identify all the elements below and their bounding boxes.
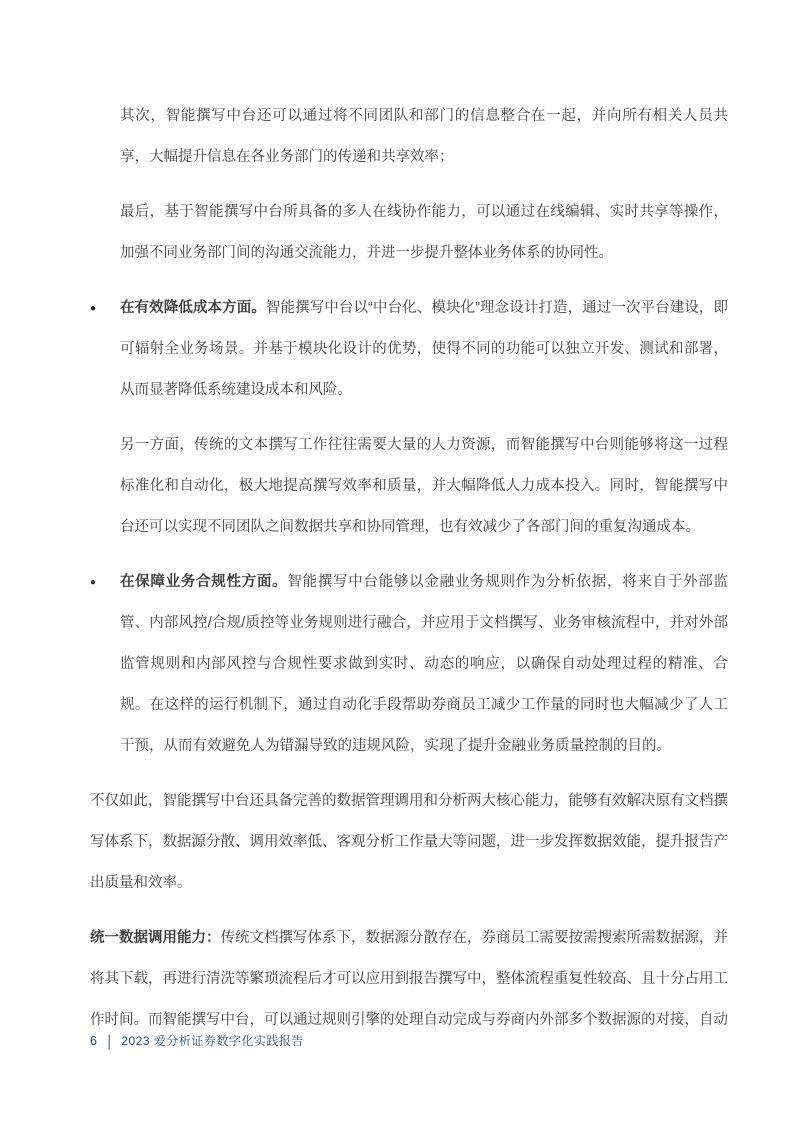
bullet-icon: ●	[90, 288, 120, 329]
bullet-paragraph: 在保障业务合规性方面。智能撰写中台能够以金融业务规则作为分析依据，将来自于外部监…	[120, 562, 728, 767]
bullet-lead: 在保障业务合规性方面。	[120, 574, 287, 590]
bullet-item: ● 在保障业务合规性方面。智能撰写中台能够以金融业务规则作为分析依据，将来自于外…	[90, 562, 728, 767]
paragraph-lead: 统一数据调用能力：	[90, 930, 221, 946]
bullet-icon: ●	[90, 562, 120, 603]
body-paragraph: 其次，智能撰写中台还可以通过将不同团队和部门的信息整合在一起，并向所有相关人员共…	[90, 96, 728, 178]
page-footer: 6 | 2023 爱分析证券数字化实践报告	[90, 1032, 304, 1049]
page-number: 6	[90, 1034, 97, 1048]
footer-report-title: 2023 爱分析证券数字化实践报告	[121, 1032, 304, 1049]
document-page: 其次，智能撰写中台还可以通过将不同团队和部门的信息整合在一起，并向所有相关人员共…	[0, 0, 793, 1121]
bullet-paragraph: 在有效降低成本方面。智能撰写中台以“中台化、模块化”理念设计打造，通过一次平台建…	[120, 288, 728, 411]
page-content: 其次，智能撰写中台还可以通过将不同团队和部门的信息整合在一起，并向所有相关人员共…	[90, 96, 728, 1055]
body-paragraph: 统一数据调用能力：传统文档撰写体系下，数据源分散存在，券商员工需要按需搜索所需数…	[90, 918, 728, 1041]
body-paragraph: 另一方面，传统的文本撰写工作往往需要大量的人力资源，而智能撰写中台则能够将这一过…	[90, 425, 728, 548]
body-paragraph: 不仅如此，智能撰写中台还具备完善的数据管理调用和分析两大核心能力，能够有效解决原…	[90, 781, 728, 904]
bullet-lead: 在有效降低成本方面。	[120, 300, 266, 316]
bullet-body-text: 智能撰写中台能够以金融业务规则作为分析依据，将来自于外部监管、内部风控/合规/质…	[120, 574, 728, 754]
body-paragraph: 最后，基于智能撰写中台所具备的多人在线协作能力，可以通过在线编辑、实时共享等操作…	[90, 192, 728, 274]
bullet-item: ● 在有效降低成本方面。智能撰写中台以“中台化、模块化”理念设计打造，通过一次平…	[90, 288, 728, 411]
footer-separator: |	[107, 1032, 111, 1050]
